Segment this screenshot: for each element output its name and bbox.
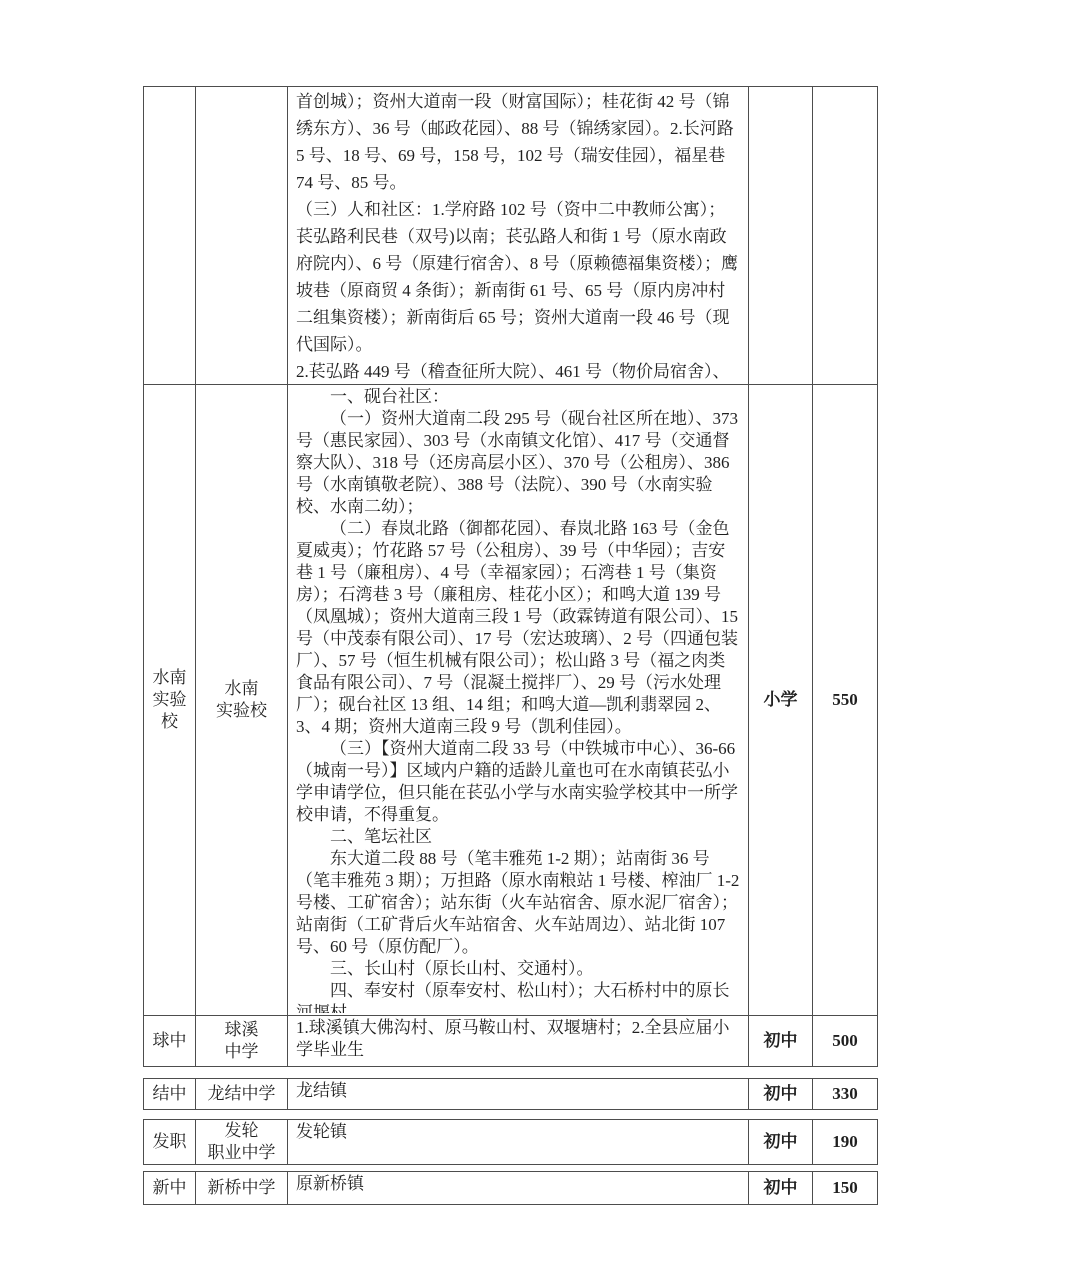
- district-paragraph: 一、砚台社区：: [296, 386, 741, 408]
- school-name-cell: 球溪 中学: [196, 1016, 288, 1067]
- district-paragraph: 二、笔坛社区: [296, 826, 741, 848]
- school-abbr-cell: 发职: [144, 1120, 196, 1165]
- school-name-cell: 新桥中学: [196, 1172, 288, 1205]
- row-shuinan-shiyan: 水南 实验 校 水南 实验校 一、砚台社区： （一）资州大道南二段 295 号（…: [144, 385, 878, 1016]
- enrollment-row-table: 新中 新桥中学 原新桥镇 初中 150: [143, 1171, 878, 1205]
- quota-cell: 330: [813, 1079, 878, 1110]
- district-cell: 首创城）；资州大道南一段（财富国际）；桂花街 42 号（锦绣东方）、36 号（邮…: [288, 87, 749, 385]
- district-paragraph: 2.苌弘路 449 号（稽查征所大院）、461 号（物价局宿舍）、497 号（原…: [296, 358, 741, 382]
- level-cell: [749, 87, 813, 385]
- district-paragraph: 四、奉安村（原奉安村、松山村）；大石桥村中的原长河堰村。: [296, 980, 741, 1013]
- school-name-cell: [196, 87, 288, 385]
- district-paragraph: 三、长山村（原长山村、交通村）。: [296, 958, 741, 980]
- quota-cell: 190: [813, 1120, 878, 1165]
- district-paragraph: （三）【资州大道南二段 33 号（中铁城市中心）、36-66（城南一号）】区域内…: [296, 738, 741, 826]
- level-cell: 初中: [749, 1172, 813, 1205]
- row-falun-zhiye-zhongxue: 发职 发轮 职业中学 发轮镇 初中 190: [144, 1120, 878, 1165]
- row-continued: 首创城）；资州大道南一段（财富国际）；桂花街 42 号（锦绣东方）、36 号（邮…: [144, 87, 878, 385]
- enrollment-quota-table: 首创城）；资州大道南一段（财富国际）；桂花街 42 号（锦绣东方）、36 号（邮…: [143, 86, 878, 1067]
- quota-cell: 150: [813, 1172, 878, 1205]
- row-qiuxi-zhongxue: 球中 球溪 中学 1.球溪镇大佛沟村、原马鞍山村、双堰塘村；2.全县应届小学毕业…: [144, 1016, 878, 1067]
- district-paragraph: 龙结镇: [296, 1080, 741, 1102]
- school-abbr-cell: 结中: [144, 1079, 196, 1110]
- district-text-block: 首创城）；资州大道南一段（财富国际）；桂花街 42 号（锦绣东方）、36 号（邮…: [296, 88, 741, 382]
- district-paragraph: （二）春岚北路（御都花园）、春岚北路 163 号（金色夏威夷）；竹花路 57 号…: [296, 518, 741, 738]
- district-cell: 一、砚台社区： （一）资州大道南二段 295 号（砚台社区所在地）、373 号（…: [288, 385, 749, 1016]
- quota-cell: [813, 87, 878, 385]
- district-text-block: 一、砚台社区： （一）资州大道南二段 295 号（砚台社区所在地）、373 号（…: [296, 386, 741, 1013]
- school-abbr-cell: 球中: [144, 1016, 196, 1067]
- district-paragraph: 首创城）；资州大道南一段（财富国际）；桂花街 42 号（锦绣东方）、36 号（邮…: [296, 88, 741, 196]
- level-cell: 初中: [749, 1079, 813, 1110]
- row-xinqiao-zhongxue: 新中 新桥中学 原新桥镇 初中 150: [144, 1172, 878, 1205]
- school-name-cell: 水南 实验校: [196, 385, 288, 1016]
- district-paragraph: 1.球溪镇大佛沟村、原马鞍山村、双堰塘村；2.全县应届小学毕业生: [296, 1017, 741, 1061]
- district-cell: 原新桥镇: [288, 1172, 749, 1205]
- document-page: 首创城）；资州大道南一段（财富国际）；桂花街 42 号（锦绣东方）、36 号（邮…: [143, 86, 879, 1205]
- quota-cell: 500: [813, 1016, 878, 1067]
- level-cell: 小学: [749, 385, 813, 1016]
- enrollment-row-table: 结中 龙结中学 龙结镇 初中 330: [143, 1078, 878, 1110]
- school-abbr-cell: [144, 87, 196, 385]
- enrollment-row-table: 发职 发轮 职业中学 发轮镇 初中 190: [143, 1119, 878, 1165]
- district-paragraph: 发轮镇: [296, 1121, 741, 1143]
- school-name-cell: 发轮 职业中学: [196, 1120, 288, 1165]
- quota-cell: 550: [813, 385, 878, 1016]
- district-cell: 龙结镇: [288, 1079, 749, 1110]
- level-cell: 初中: [749, 1016, 813, 1067]
- school-abbr-cell: 水南 实验 校: [144, 385, 196, 1016]
- district-paragraph: 原新桥镇: [296, 1173, 741, 1195]
- level-cell: 初中: [749, 1120, 813, 1165]
- school-name-cell: 龙结中学: [196, 1079, 288, 1110]
- school-abbr-cell: 新中: [144, 1172, 196, 1205]
- row-longjie-zhongxue: 结中 龙结中学 龙结镇 初中 330: [144, 1079, 878, 1110]
- district-paragraph: 东大道二段 88 号（笔丰雅苑 1-2 期）；站南街 36 号（笔丰雅苑 3 期…: [296, 848, 741, 958]
- district-cell: 发轮镇: [288, 1120, 749, 1165]
- district-cell: 1.球溪镇大佛沟村、原马鞍山村、双堰塘村；2.全县应届小学毕业生: [288, 1016, 749, 1067]
- district-paragraph: （一）资州大道南二段 295 号（砚台社区所在地）、373 号（惠民家园）、30…: [296, 408, 741, 518]
- district-paragraph: （三）人和社区：1.学府路 102 号（资中二中教师公寓）；苌弘路利民巷（双号)…: [296, 196, 741, 358]
